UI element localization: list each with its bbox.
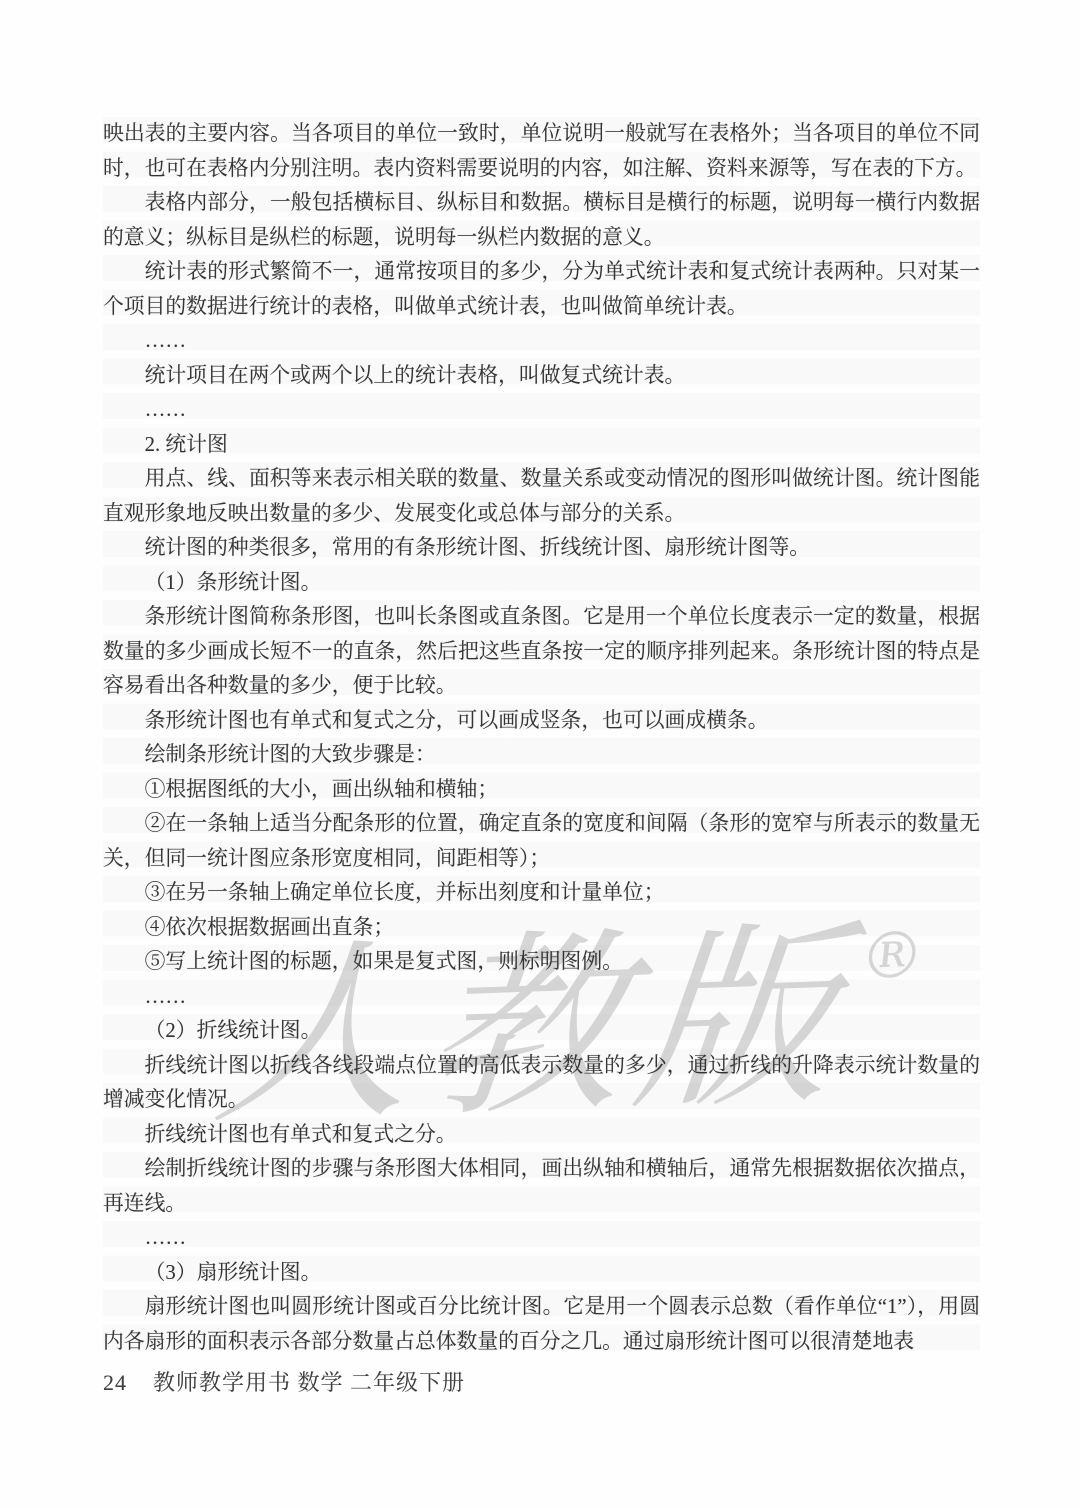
paragraph: 扇形统计图也叫圆形统计图或百分比统计图。它是用一个圆表示总数（看作单位“1”），… (103, 1290, 980, 1359)
paragraph: ②在一条轴上适当分配条形的位置，确定直条的宽度和间隔（条形的宽窄与所表示的数量无… (103, 807, 980, 876)
paragraph: 折线统计图也有单式和复式之分。 (103, 1118, 980, 1153)
paragraph: ①根据图纸的大小，画出纵轴和横轴； (103, 773, 980, 808)
paragraph: 折线统计图以折线各线段端点位置的高低表示数量的多少，通过折线的升降表示统计数量的… (103, 1049, 980, 1118)
paragraph: ⑤写上统计图的标题，如果是复式图，则标明图例。 (103, 945, 980, 980)
page-footer: 24 教师教学用书 数学 二年级下册 (103, 1366, 465, 1397)
body-text: 映出表的主要内容。当各项目的单位一致时，单位说明一般就写在表格外；当各项目的单位… (103, 117, 980, 1359)
paragraph: 统计图的种类很多，常用的有条形统计图、折线统计图、扇形统计图等。 (103, 531, 980, 566)
paragraph: 绘制折线统计图的步骤与条形图大体相同，画出纵轴和横轴后，通常先根据数据依次描点，… (103, 1152, 980, 1221)
paragraph: …… (103, 1221, 980, 1256)
paragraph: （1）条形统计图。 (103, 566, 980, 601)
paragraph: 条形统计图简称条形图，也叫长条图或直条图。它是用一个单位长度表示一定的数量，根据… (103, 600, 980, 704)
paragraph: 统计项目在两个或两个以上的统计表格，叫做复式统计表。 (103, 359, 980, 394)
paragraph: …… (103, 324, 980, 359)
page-number: 24 (103, 1370, 127, 1396)
paragraph: 2. 统计图 (103, 428, 980, 463)
paragraph: 统计表的形式繁简不一，通常按项目的多少，分为单式统计表和复式统计表两种。只对某一… (103, 255, 980, 324)
book-title: 教师教学用书 数学 二年级下册 (153, 1366, 465, 1397)
paragraph: ④依次根据数据画出直条； (103, 911, 980, 946)
paragraph: 绘制条形统计图的大致步骤是： (103, 738, 980, 773)
book-page: 人教版 ® 映出表的主要内容。当各项目的单位一致时，单位说明一般就写在表格外；当… (0, 0, 1080, 1508)
paragraph: 用点、线、面积等来表示相关联的数量、数量关系或变动情况的图形叫做统计图。统计图能… (103, 462, 980, 531)
paragraph: ③在另一条轴上确定单位长度，并标出刻度和计量单位； (103, 876, 980, 911)
paragraph: 表格内部分，一般包括横标目、纵标目和数据。横标目是横行的标题，说明每一横行内数据… (103, 186, 980, 255)
paragraph: （2）折线统计图。 (103, 1014, 980, 1049)
paragraph: （3）扇形统计图。 (103, 1256, 980, 1291)
paragraph: …… (103, 980, 980, 1015)
paragraph: 映出表的主要内容。当各项目的单位一致时，单位说明一般就写在表格外；当各项目的单位… (103, 117, 980, 186)
paragraph: 条形统计图也有单式和复式之分，可以画成竖条，也可以画成横条。 (103, 704, 980, 739)
paragraph: …… (103, 393, 980, 428)
